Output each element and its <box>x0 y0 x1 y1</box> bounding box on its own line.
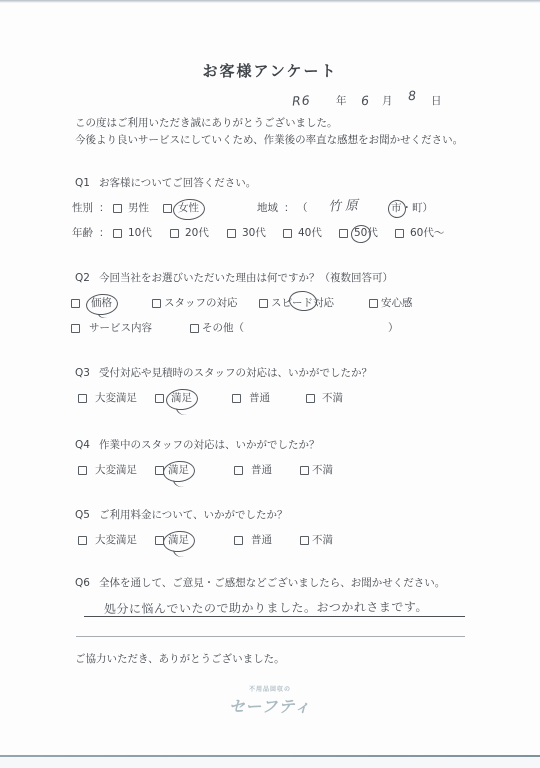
date-era-value: R6 <box>291 92 311 108</box>
staff-response-label: スタッフの対応 <box>164 296 238 311</box>
date-line: R6 年 6 月 8 日 <box>0 93 540 110</box>
date-year-label: 年 <box>336 94 347 109</box>
q1-header: Q1お客様についてご回答ください。 <box>75 176 256 191</box>
safety-logo: 不用品回収の セーフティ <box>0 684 540 717</box>
q3-dissatisfied-label: 不満 <box>322 391 343 406</box>
other-checkbox <box>190 324 199 333</box>
q2-header: Q2今回当社をお選びいただいた理由は何ですか？（複数回答可） <box>75 271 393 286</box>
q4-number: Q4 <box>75 439 90 451</box>
q1-question: お客様についてご回答ください。 <box>99 177 256 189</box>
q2-options-row-1: 価格 スタッフの対応 スピード対応 安心感 <box>0 296 540 313</box>
q2-question: 今回当社をお選びいただいた理由は何ですか？（複数回答可） <box>99 272 393 284</box>
region-open-paren: （ <box>297 201 308 216</box>
q4-header: Q4作業中のスタッフの対応は、いかがでしたか？ <box>75 438 319 453</box>
q5-dissatisfied-label: 不満 <box>312 533 333 548</box>
answer-line-1 <box>84 615 465 617</box>
speed-checkbox <box>259 299 268 308</box>
scan-bottom-strip <box>0 757 540 768</box>
q3-satisfied-label-circled: 満足 <box>171 391 192 406</box>
scan-top-edge <box>0 0 540 3</box>
q3-satisfied-checkbox <box>155 394 164 403</box>
date-day-label: 日 <box>431 94 442 109</box>
q4-question: 作業中のスタッフの対応は、いかがでしたか？ <box>99 439 320 451</box>
price-label-circled: 価格 <box>91 296 112 311</box>
age-20s-checkbox <box>170 229 179 238</box>
q5-number: Q5 <box>75 509 90 521</box>
age-60s-label: 60代～ <box>410 226 444 241</box>
age-50s-checkbox <box>339 229 348 238</box>
age-label: 年齢 <box>72 226 93 241</box>
age-20s-label: 20代 <box>185 226 209 241</box>
q3-options-row: 大変満足 満足 普通 不満 <box>0 391 540 408</box>
q6-number: Q6 <box>75 577 90 589</box>
speed-label: スピード対応 <box>271 296 334 311</box>
gender-colon: ： <box>99 201 110 216</box>
gender-label: 性別 <box>72 201 93 216</box>
q1-number: Q1 <box>75 177 90 189</box>
logo-name: セーフティ <box>0 694 540 717</box>
female-checkbox <box>163 204 172 213</box>
answer-line-2 <box>76 635 465 637</box>
region-value-handwritten: 竹原 <box>328 198 363 215</box>
age-10s-checkbox <box>113 229 122 238</box>
region-label: 地域 <box>257 201 278 216</box>
q3-header: Q3受付対応や見積時のスタッフの対応は、いかがでしたか？ <box>75 366 372 381</box>
age-colon: ： <box>99 226 110 241</box>
region-city-circled: 市 <box>391 201 402 216</box>
age-30s-label: 30代 <box>242 226 266 241</box>
q2-options-row-2: サービス内容 その他（ ） <box>0 321 540 338</box>
q4-neutral-label: 普通 <box>251 463 272 478</box>
q2-number: Q2 <box>75 272 90 284</box>
reassurance-label: 安心感 <box>381 296 413 311</box>
q6-answer-handwritten: 処分に悩んでいたので助かりました。おつかれさまです。 <box>104 597 428 616</box>
q4-very-satisfied-checkbox <box>78 466 87 475</box>
q3-neutral-label: 普通 <box>249 391 270 406</box>
q1-age-row: 年齢 ： 10代 20代 30代 40代 50代 60代～ <box>0 226 540 243</box>
q5-neutral-checkbox <box>234 536 243 545</box>
q3-neutral-checkbox <box>232 394 241 403</box>
q1-gender-row: 性別 ： 男性 女性 地域 ： （ 竹原 市・町） <box>0 201 540 218</box>
other-label: その他（ <box>202 321 244 336</box>
q3-very-satisfied-label: 大変満足 <box>95 391 137 406</box>
age-30s-checkbox <box>227 229 236 238</box>
q5-header: Q5ご利用料金について、いかがでしたか？ <box>75 508 288 523</box>
q4-dissatisfied-checkbox <box>300 466 309 475</box>
age-60s-checkbox <box>395 229 404 238</box>
q4-neutral-checkbox <box>234 466 243 475</box>
service-content-label: サービス内容 <box>89 321 152 336</box>
speed-label-circled: ード <box>292 296 313 311</box>
q6-question: 全体を通して、ご意見・ご感想などございましたら、お聞かせください。 <box>99 577 445 589</box>
female-label-circled: 女性 <box>178 201 199 216</box>
region-colon: ： <box>284 201 295 216</box>
q4-dissatisfied-label: 不満 <box>312 463 333 478</box>
q5-dissatisfied-checkbox <box>300 536 309 545</box>
region-suffix-rest: ・町） <box>402 202 434 214</box>
service-content-checkbox <box>71 324 80 333</box>
q5-options-row: 大変満足 満足 普通 不満 <box>0 533 540 550</box>
reassurance-checkbox <box>369 299 378 308</box>
intro-line-1: この度はご利用いただき誠にありがとうございました。 <box>75 116 338 131</box>
q3-number: Q3 <box>75 367 90 379</box>
q5-question: ご利用料金について、いかがでしたか？ <box>99 509 288 521</box>
date-day-value: 8 <box>407 88 417 104</box>
staff-response-checkbox <box>152 299 161 308</box>
q5-very-satisfied-checkbox <box>78 536 87 545</box>
age-40s-checkbox <box>283 229 292 238</box>
q5-very-satisfied-label: 大変満足 <box>95 533 137 548</box>
age-50-circled: 50 <box>354 226 367 241</box>
q4-options-row: 大変満足 満足 普通 不満 <box>0 463 540 480</box>
closing-message: ご協力いただき、ありがとうございました。 <box>75 652 285 667</box>
age-50s-label: 50代 <box>354 226 378 241</box>
q4-satisfied-label-circled: 満足 <box>168 463 189 478</box>
age-40s-label: 40代 <box>298 226 322 241</box>
age-10s-label: 10代 <box>128 226 152 241</box>
male-checkbox <box>113 204 122 213</box>
price-checkbox <box>71 299 80 308</box>
q5-satisfied-label-circled: 満足 <box>168 533 189 548</box>
date-month-label: 月 <box>382 94 393 109</box>
logo-tagline: 不用品回収の <box>0 684 540 693</box>
male-label: 男性 <box>128 201 149 216</box>
page-title: お客様アンケート <box>0 60 540 81</box>
region-suffix: 市・町） <box>391 201 433 216</box>
q3-dissatisfied-checkbox <box>306 394 315 403</box>
q4-very-satisfied-label: 大変満足 <box>95 463 137 478</box>
q6-header: Q6全体を通して、ご意見・ご感想などございましたら、お聞かせください。 <box>75 576 445 591</box>
date-month-value: 6 <box>360 93 370 109</box>
q3-question: 受付対応や見積時のスタッフの対応は、いかがでしたか？ <box>99 367 372 379</box>
other-close-paren: ） <box>388 321 399 336</box>
intro-line-2: 今後より良いサービスにしていくため、作業後の率直な感想をお聞かせください。 <box>75 133 463 148</box>
q5-neutral-label: 普通 <box>251 533 272 548</box>
q3-very-satisfied-checkbox <box>78 394 87 403</box>
